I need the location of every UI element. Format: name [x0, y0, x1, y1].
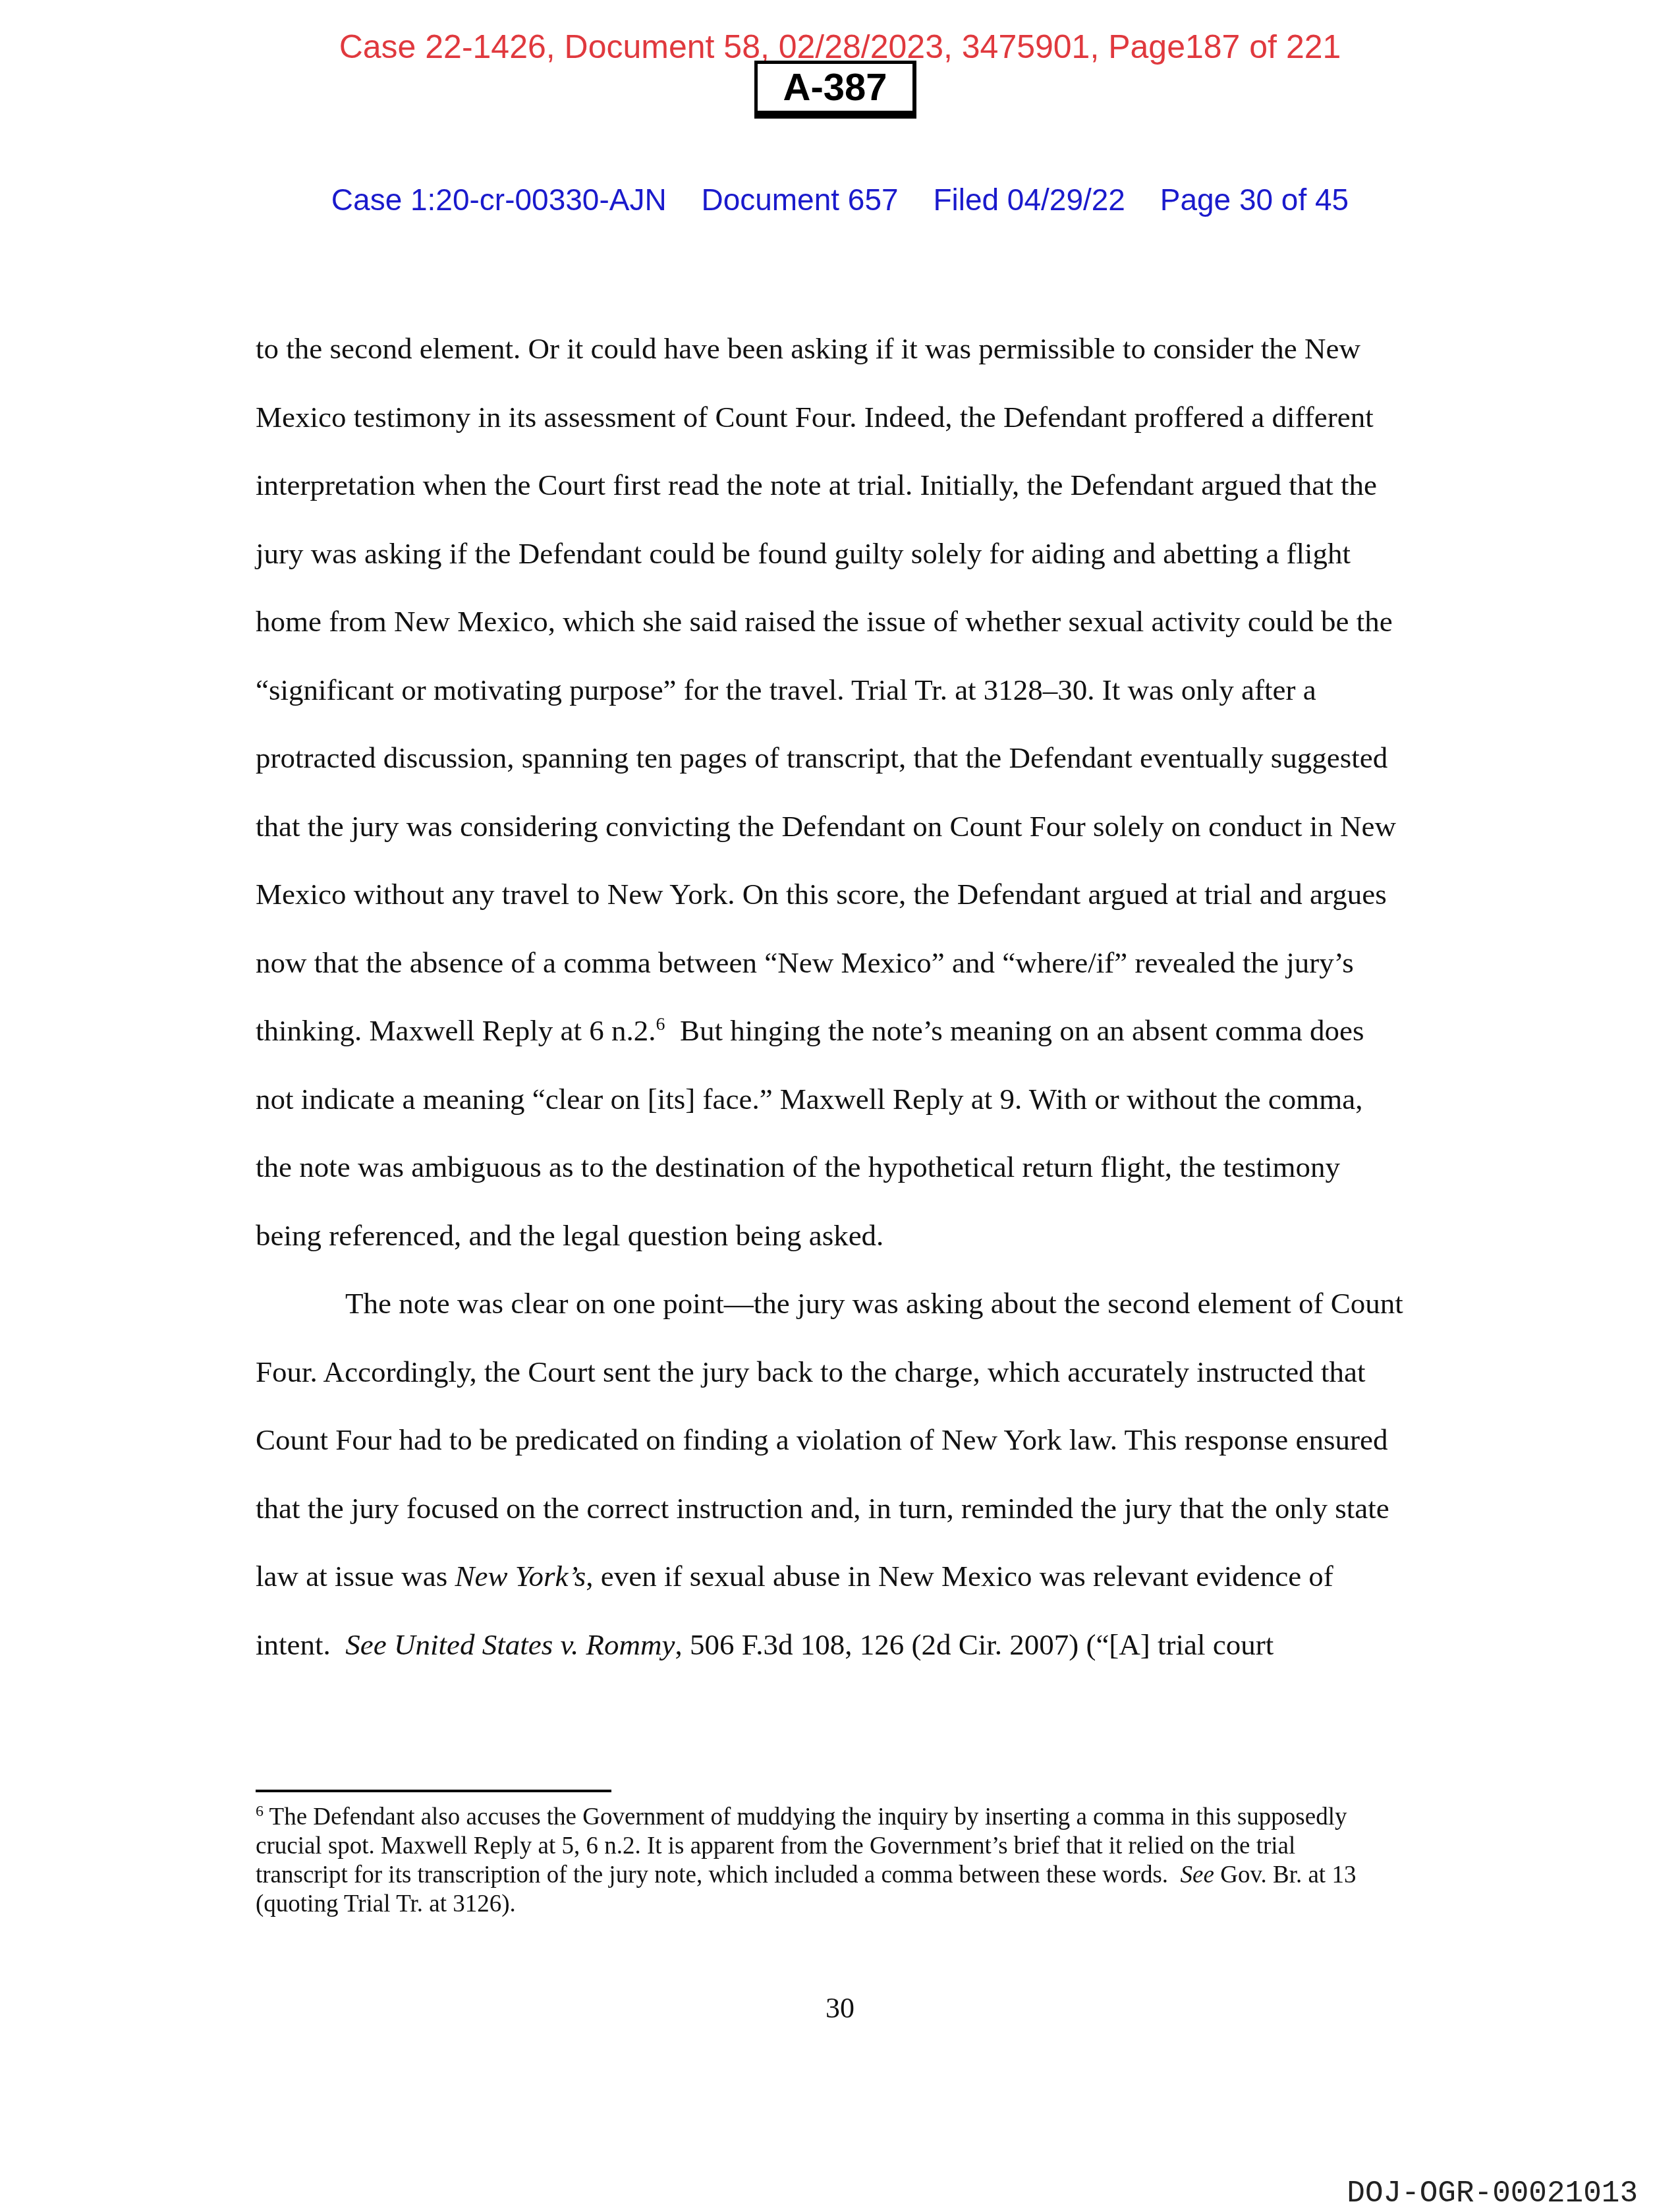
- body-line: home from New Mexico, which she said rai…: [256, 598, 1415, 667]
- footnote-number: 6: [256, 1803, 264, 1820]
- body-line: being referenced, and the legal question…: [256, 1212, 1415, 1281]
- page-of-total: Page 30 of 45: [1160, 183, 1349, 217]
- district-case-header: Case 1:20-cr-00330-AJN Document 657 File…: [0, 182, 1680, 217]
- footnote-separator: [256, 1790, 611, 1792]
- filed-date: Filed 04/29/22: [933, 183, 1125, 217]
- body-line: intent. See United States v. Rommy, 506 …: [256, 1622, 1415, 1690]
- body-line: “significant or motivating purpose” for …: [256, 667, 1415, 735]
- body-line: Count Four had to be predicated on findi…: [256, 1417, 1415, 1485]
- italic-text: New York’s: [455, 1560, 586, 1593]
- footnote-6: 6 The Defendant also accuses the Governm…: [256, 1803, 1415, 1919]
- bates-number: DOJ-OGR-00021013: [1347, 2176, 1638, 2211]
- appendix-page-label: A-387: [754, 61, 916, 119]
- case-citation: See United States v. Rommy: [345, 1628, 675, 1661]
- body-line: now that the absence of a comma between …: [256, 940, 1415, 1008]
- body-line: Four. Accordingly, the Court sent the ju…: [256, 1349, 1415, 1417]
- case-number: Case 1:20-cr-00330-AJN: [331, 183, 667, 217]
- page-number: 30: [0, 1991, 1680, 2025]
- body-line: The note was clear on one point—the jury…: [256, 1280, 1415, 1349]
- body-line: Mexico without any travel to New York. O…: [256, 871, 1415, 940]
- body-line: thinking. Maxwell Reply at 6 n.2.6 But h…: [256, 1007, 1415, 1076]
- body-line: interpretation when the Court first read…: [256, 462, 1415, 530]
- body-line: jury was asking if the Defendant could b…: [256, 530, 1415, 599]
- body-line: not indicate a meaning “clear on [its] f…: [256, 1076, 1415, 1145]
- document-body: to the second element. Or it could have …: [256, 326, 1415, 1689]
- body-line: law at issue was New York’s, even if sex…: [256, 1553, 1415, 1622]
- body-line: the note was ambiguous as to the destina…: [256, 1144, 1415, 1212]
- document-number: Document 657: [701, 183, 898, 217]
- body-line: that the jury focused on the correct ins…: [256, 1485, 1415, 1554]
- body-line: that the jury was considering convicting…: [256, 803, 1415, 872]
- body-line: Mexico testimony in its assessment of Co…: [256, 394, 1415, 463]
- appendix-label-text: A-387: [783, 65, 887, 109]
- footnote-reference[interactable]: 6: [656, 1014, 665, 1035]
- body-line: to the second element. Or it could have …: [256, 326, 1415, 394]
- body-line: protracted discussion, spanning ten page…: [256, 735, 1415, 803]
